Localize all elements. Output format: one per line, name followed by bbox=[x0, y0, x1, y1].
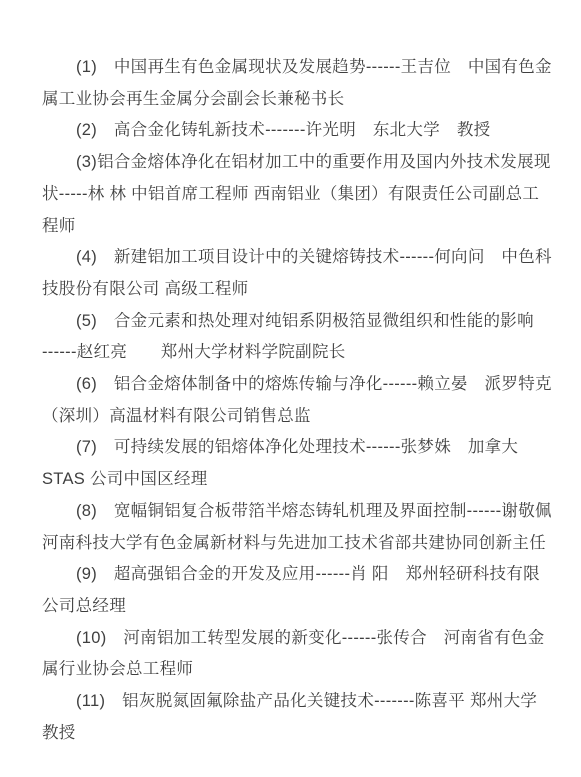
agenda-item-8-line-1: (8) 宽幅铜铝复合板带箔半熔态铸轧机理及界面控制------谢敬佩 bbox=[42, 496, 541, 528]
agenda-item-10: (10) 河南铝加工转型发展的新变化------张传合 河南省有色金 属行业协会… bbox=[42, 623, 541, 686]
agenda-item-1-line-2: 属工业协会再生金属分会副会长兼秘书长 bbox=[42, 84, 541, 116]
agenda-item-7-line-2: STAS 公司中国区经理 bbox=[42, 464, 541, 496]
agenda-item-9: (9) 超高强铝合金的开发及应用------肖 阳 郑州轻研科技有限 公司总经理 bbox=[42, 559, 541, 622]
agenda-item-9-line-1: (9) 超高强铝合金的开发及应用------肖 阳 郑州轻研科技有限 bbox=[42, 559, 541, 591]
document-page: (1) 中国再生有色金属现状及发展趋势------王吉位 中国有色金 属工业协会… bbox=[0, 0, 581, 777]
agenda-item-3-line-1: (3)铝合金熔体净化在铝材加工中的重要作用及国内外技术发展现 bbox=[42, 147, 541, 179]
agenda-item-5-line-1: (5) 合金元素和热处理对纯铝系阴极箔显微组织和性能的影响 bbox=[42, 306, 541, 338]
agenda-item-6-line-1: (6) 铝合金熔体制备中的熔炼传输与净化------赖立晏 派罗特克 bbox=[42, 369, 541, 401]
agenda-item-7: (7) 可持续发展的铝熔体净化处理技术------张梦姝 加拿大 STAS 公司… bbox=[42, 432, 541, 495]
agenda-item-7-line-1: (7) 可持续发展的铝熔体净化处理技术------张梦姝 加拿大 bbox=[42, 432, 541, 464]
agenda-item-1: (1) 中国再生有色金属现状及发展趋势------王吉位 中国有色金 属工业协会… bbox=[42, 52, 541, 115]
agenda-item-2: (2) 高合金化铸轧新技术-------许光明 东北大学 教授 bbox=[42, 115, 541, 147]
agenda-item-1-line-1: (1) 中国再生有色金属现状及发展趋势------王吉位 中国有色金 bbox=[42, 52, 541, 84]
agenda-item-2-line-1: (2) 高合金化铸轧新技术-------许光明 东北大学 教授 bbox=[42, 115, 541, 147]
agenda-item-11-line-1: (11) 铝灰脱氮固氟除盐产品化关键技术-------陈喜平 郑州大学 bbox=[42, 686, 541, 718]
agenda-item-4-line-1: (4) 新建铝加工项目设计中的关键熔铸技术------何向问 中色科 bbox=[42, 242, 541, 274]
agenda-list: (1) 中国再生有色金属现状及发展趋势------王吉位 中国有色金 属工业协会… bbox=[0, 0, 581, 749]
agenda-item-10-line-1: (10) 河南铝加工转型发展的新变化------张传合 河南省有色金 bbox=[42, 623, 541, 655]
agenda-item-8-line-2: 河南科技大学有色金属新材料与先进加工技术省部共建协同创新主任 bbox=[42, 528, 541, 560]
agenda-item-3-line-3: 程师 bbox=[42, 211, 541, 243]
agenda-item-5-line-2: ------赵红亮 郑州大学材料学院副院长 bbox=[42, 337, 541, 369]
agenda-item-4-line-2: 技股份有限公司 高级工程师 bbox=[42, 274, 541, 306]
agenda-item-4: (4) 新建铝加工项目设计中的关键熔铸技术------何向问 中色科 技股份有限… bbox=[42, 242, 541, 305]
agenda-item-11: (11) 铝灰脱氮固氟除盐产品化关键技术-------陈喜平 郑州大学 教授 bbox=[42, 686, 541, 749]
agenda-item-10-line-2: 属行业协会总工程师 bbox=[42, 654, 541, 686]
agenda-item-8: (8) 宽幅铜铝复合板带箔半熔态铸轧机理及界面控制------谢敬佩 河南科技大… bbox=[42, 496, 541, 559]
agenda-item-11-line-2: 教授 bbox=[42, 718, 541, 750]
agenda-item-9-line-2: 公司总经理 bbox=[42, 591, 541, 623]
agenda-item-3: (3)铝合金熔体净化在铝材加工中的重要作用及国内外技术发展现 状-----林 林… bbox=[42, 147, 541, 242]
agenda-item-3-line-2: 状-----林 林 中铝首席工程师 西南铝业（集团）有限责任公司副总工 bbox=[42, 179, 541, 211]
agenda-item-6-line-2: （深圳）高温材料有限公司销售总监 bbox=[42, 401, 541, 433]
agenda-item-5: (5) 合金元素和热处理对纯铝系阴极箔显微组织和性能的影响 ------赵红亮 … bbox=[42, 306, 541, 369]
agenda-item-6: (6) 铝合金熔体制备中的熔炼传输与净化------赖立晏 派罗特克 （深圳）高… bbox=[42, 369, 541, 432]
